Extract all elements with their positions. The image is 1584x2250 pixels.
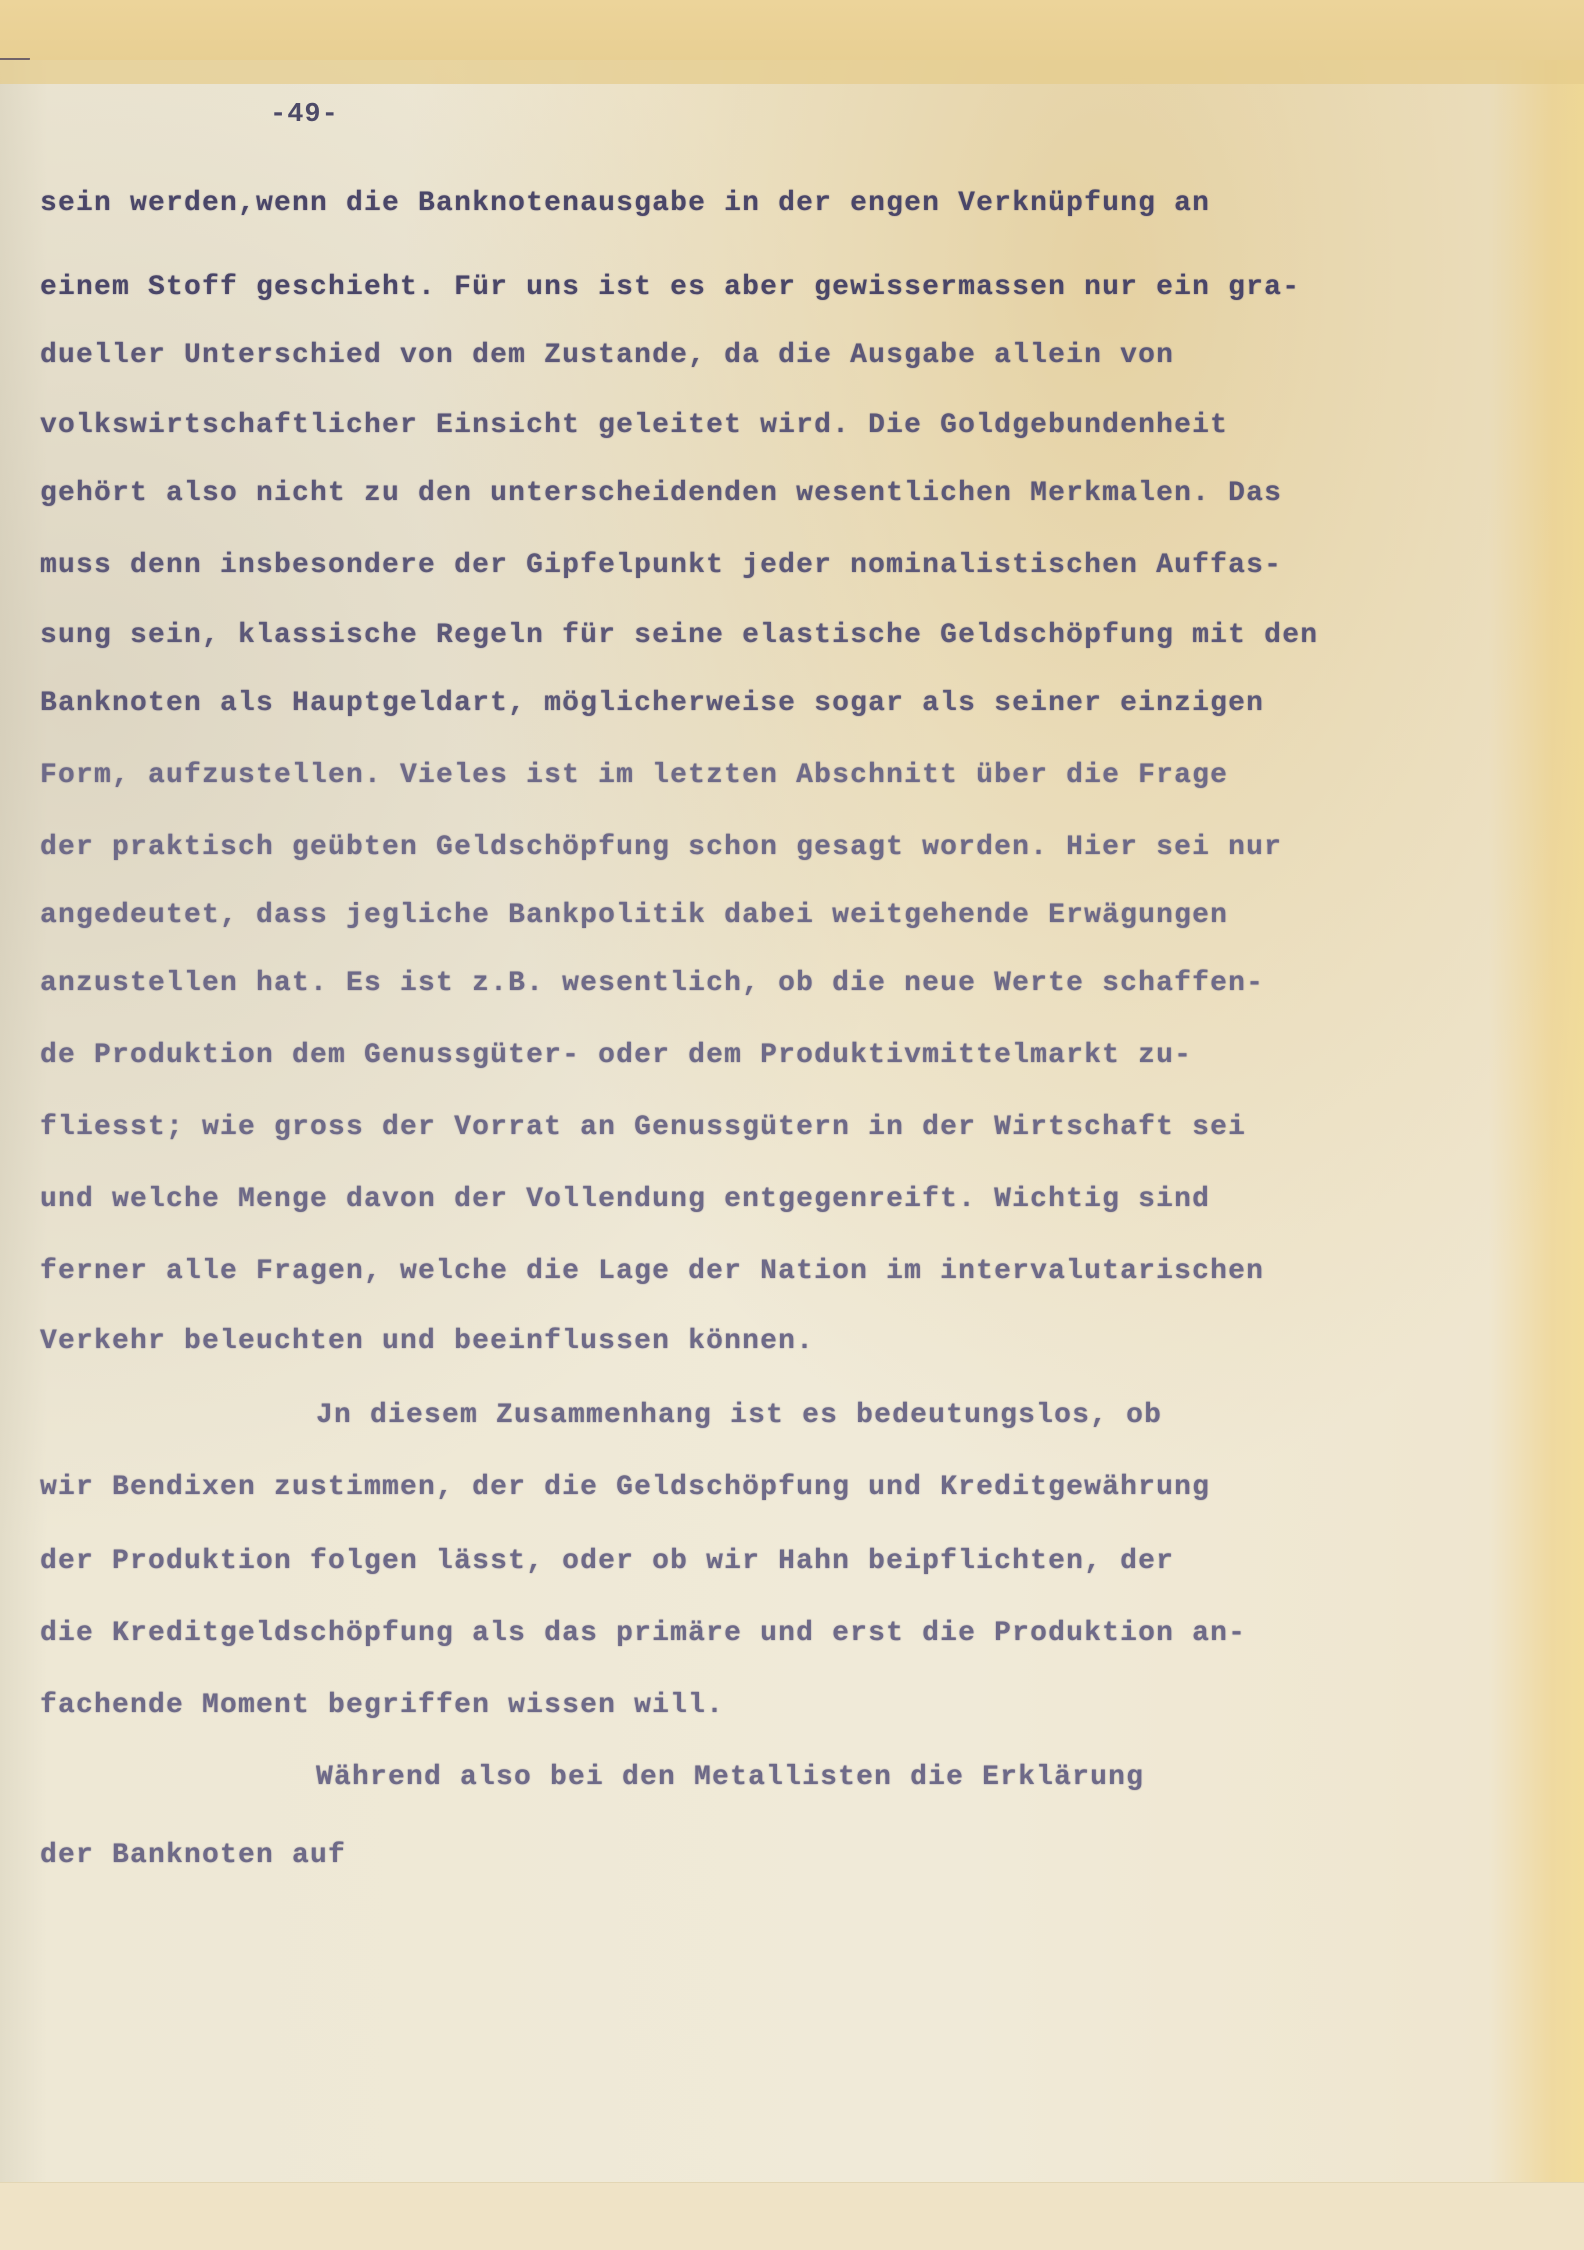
text-line: anzustellen hat. Es ist z.B. wesentlich,… [40, 968, 1264, 999]
text-line: de Produktion dem Genussgüter- oder dem … [40, 1040, 1192, 1071]
text-line: wir Bendixen zustimmen, der die Geldschö… [40, 1472, 1210, 1503]
text-line: sein werden,wenn die Banknotenausgabe in… [40, 188, 1210, 219]
text-line: ferner alle Fragen, welche die Lage der … [40, 1256, 1264, 1287]
page-number: -49- [270, 100, 339, 130]
text-line: Banknoten als Hauptgeldart, möglicherwei… [40, 688, 1264, 719]
text-line: der Banknoten auf [40, 1840, 346, 1871]
text-line: gehört also nicht zu den unterscheidende… [40, 478, 1282, 509]
text-line: Form, aufzustellen. Vieles ist im letzte… [40, 760, 1228, 791]
text-line: und welche Menge davon der Vollendung en… [40, 1184, 1210, 1215]
text-line: fliesst; wie gross der Vorrat an Genussg… [40, 1112, 1246, 1143]
text-line: dueller Unterschied von dem Zustande, da… [40, 340, 1174, 371]
text-line: einem Stoff geschieht. Für uns ist es ab… [40, 272, 1300, 303]
text-line: der Produktion folgen lässt, oder ob wir… [40, 1546, 1174, 1577]
scan-bottom-margin [0, 2182, 1584, 2250]
text-line: muss denn insbesondere der Gipfelpunkt j… [40, 550, 1282, 581]
text-line: der praktisch geübten Geldschöpfung scho… [40, 832, 1282, 863]
text-line-indented: Jn diesem Zusammenhang ist es bedeutungs… [316, 1400, 1162, 1431]
text-line: Verkehr beleuchten und beeinflussen könn… [40, 1326, 814, 1357]
scan-top-margin [0, 0, 1584, 60]
text-line: die Kreditgeldschöpfung als das primäre … [40, 1618, 1246, 1649]
text-line: fachende Moment begriffen wissen will. [40, 1690, 724, 1721]
text-line: volkswirtschaftlicher Einsicht geleitet … [40, 410, 1228, 441]
text-line: angedeutet, dass jegliche Bankpolitik da… [40, 900, 1228, 931]
page-top-band [0, 60, 1584, 84]
text-line-indented: Während also bei den Metallisten die Erk… [316, 1762, 1144, 1793]
text-line: sung sein, klassische Regeln für seine e… [40, 620, 1318, 651]
